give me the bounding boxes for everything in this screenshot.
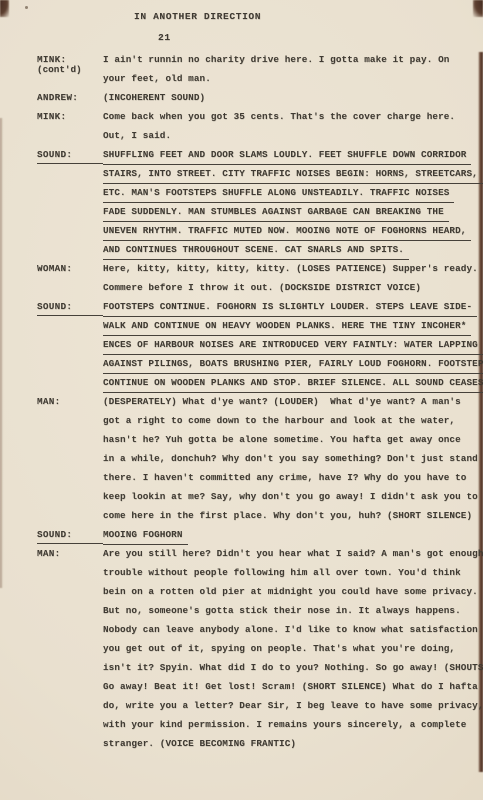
line-text: Nobody can leave anybody alone. I'd like… — [103, 624, 478, 635]
speaker-label-cell: MAN: — [37, 544, 103, 563]
speaker-name: MAN: — [37, 392, 103, 411]
speaker-name: SOUND: — [37, 297, 103, 316]
line-text: I ain't runnin no charity drive here. I … — [103, 54, 449, 65]
dialogue-line: Go away! Beat it! Get lost! Scram! (SHOR… — [103, 677, 483, 696]
line-text: Commere before I throw it out. (DOCKSIDE… — [103, 282, 421, 293]
dialogue-text: Are you still here? Didn't you hear what… — [103, 544, 483, 753]
sound-cue-line: UNEVEN RHYTHM. TRAFFIC MUTED NOW. MOOING… — [103, 221, 483, 240]
sound-cue-line: FOOTSTEPS CONTINUE. FOGHORN IS SLIGHTLY … — [103, 297, 483, 316]
line-text: there. I haven't committed any crime, ha… — [103, 472, 466, 483]
sound-cue-text: MOOING FOGHORN — [103, 525, 479, 544]
sound-cue-block: SOUND:SHUFFLING FEET AND DOOR SLAMS LOUD… — [37, 145, 479, 259]
line-text: (INCOHERENT SOUND) — [103, 92, 205, 103]
sound-cue-text: FOOTSTEPS CONTINUE. FOGHORN IS SLIGHTLY … — [103, 297, 483, 392]
line-text: got a right to come down to the harbour … — [103, 415, 455, 426]
speaker-label-cell: SOUND: — [37, 145, 103, 164]
sound-cue-block: SOUND:FOOTSTEPS CONTINUE. FOGHORN IS SLI… — [37, 297, 479, 392]
dialogue-line: But no, someone's gotta stick their nose… — [103, 601, 483, 620]
line-text: stranger. (VOICE BECOMING FRANTIC) — [103, 738, 296, 749]
line-text: AND CONTINUES THROUGHOUT SCENE. CAT SNAR… — [103, 241, 409, 260]
speaker-label-cell: SOUND: — [37, 297, 103, 316]
dialogue-line: stranger. (VOICE BECOMING FRANTIC) — [103, 734, 483, 753]
line-text: STAIRS, INTO STREET. CITY TRAFFIC NOISES… — [103, 165, 483, 184]
line-text: Come back when you got 35 cents. That's … — [103, 111, 455, 122]
sound-cue-line: AND CONTINUES THROUGHOUT SCENE. CAT SNAR… — [103, 240, 483, 259]
line-text: bein on a rotten old pier at midnight yo… — [103, 586, 478, 597]
dialogue-line: isn't it? Spyin. What did I do to you? N… — [103, 658, 483, 677]
dialogue-line: (DESPERATELY) What d'ye want? (LOUDER) W… — [103, 392, 479, 411]
dialogue-line: keep lookin at me? Say, why don't you go… — [103, 487, 479, 506]
sound-cue-line: ENCES OF HARBOUR NOISES ARE INTRODUCED V… — [103, 335, 483, 354]
line-text: Go away! Beat it! Get lost! Scram! (SHOR… — [103, 681, 478, 692]
line-text: ENCES OF HARBOUR NOISES ARE INTRODUCED V… — [103, 336, 483, 355]
line-text: UNEVEN RHYTHM. TRAFFIC MUTED NOW. MOOING… — [103, 222, 471, 241]
sound-cue-block: SOUND:MOOING FOGHORN — [37, 525, 479, 544]
line-text: But no, someone's gotta stick their nose… — [103, 605, 461, 616]
speaker-name: WOMAN: — [37, 259, 103, 278]
dialogue-line: got a right to come down to the harbour … — [103, 411, 479, 430]
dialogue-line: bein on a rotten old pier at midnight yo… — [103, 582, 483, 601]
sound-cue-line: SHUFFLING FEET AND DOOR SLAMS LOUDLY. FE… — [103, 145, 483, 164]
dialogue-line: your feet, old man. — [103, 69, 479, 88]
line-text: Here, kitty, kitty, kitty, kitty. (LOSES… — [103, 263, 478, 274]
dialogue-text: I ain't runnin no charity drive here. I … — [103, 50, 479, 88]
speaker-name: SOUND: — [37, 525, 103, 544]
line-text: trouble without people following him all… — [103, 567, 461, 578]
line-text: ETC. MAN'S FOOTSTEPS SHUFFLE ALONG UNSTE… — [103, 184, 454, 203]
speaker-label-cell: SOUND: — [37, 525, 103, 544]
page-edge-corner-top-right — [473, 0, 483, 17]
line-text: with your kind permission. I remains you… — [103, 719, 466, 730]
dialogue-block: ANDREW:(INCOHERENT SOUND) — [37, 88, 479, 107]
dialogue-line: (INCOHERENT SOUND) — [103, 88, 479, 107]
speaker-label-cell: ANDREW: — [37, 88, 103, 107]
line-text: Are you still here? Didn't you hear what… — [103, 548, 483, 559]
line-text: come here in the first place. Why don't … — [103, 510, 472, 521]
sound-cue-line: AGAINST PILINGS, BOATS BRUSHING PIER, FA… — [103, 354, 483, 373]
dialogue-line: trouble without people following him all… — [103, 563, 483, 582]
dialogue-block: MINK:Come back when you got 35 cents. Th… — [37, 107, 479, 145]
sound-cue-text: SHUFFLING FEET AND DOOR SLAMS LOUDLY. FE… — [103, 145, 483, 259]
dialogue-block: MAN:Are you still here? Didn't you hear … — [37, 544, 479, 753]
dialogue-line: Here, kitty, kitty, kitty, kitty. (LOSES… — [103, 259, 479, 278]
line-text: isn't it? Spyin. What did I do to you? N… — [103, 662, 483, 673]
line-text: FADE SUDDENLY. MAN STUMBLES AGAINST GARB… — [103, 203, 449, 222]
dialogue-line: hasn't he? Yuh gotta be alone sometime. … — [103, 430, 479, 449]
script-page: IN ANOTHER DIRECTION 21 MINK:(cont'd)I a… — [0, 0, 483, 800]
dialogue-block: MAN:(DESPERATELY) What d'ye want? (LOUDE… — [37, 392, 479, 525]
speaker-label-cell: MINK: — [37, 107, 103, 126]
line-text: WALK AND CONTINUE ON HEAVY WOODEN PLANKS… — [103, 317, 471, 336]
dialogue-line: with your kind permission. I remains you… — [103, 715, 483, 734]
dialogue-line: there. I haven't committed any crime, ha… — [103, 468, 479, 487]
line-text: AGAINST PILINGS, BOATS BRUSHING PIER, FA… — [103, 355, 483, 374]
dialogue-block: MINK:(cont'd)I ain't runnin no charity d… — [37, 50, 479, 88]
line-text: your feet, old man. — [103, 73, 211, 84]
dialogue-line: Commere before I throw it out. (DOCKSIDE… — [103, 278, 479, 297]
line-text: in a while, donchuh? Why don't you say s… — [103, 453, 478, 464]
line-text: SHUFFLING FEET AND DOOR SLAMS LOUDLY. FE… — [103, 146, 471, 165]
dialogue-text: Here, kitty, kitty, kitty, kitty. (LOSES… — [103, 259, 479, 297]
dialogue-text: (DESPERATELY) What d'ye want? (LOUDER) W… — [103, 392, 479, 525]
speaker-label-cell: MINK:(cont'd) — [37, 50, 103, 75]
speaker-name: ANDREW: — [37, 88, 103, 107]
dialogue-line: in a while, donchuh? Why don't you say s… — [103, 449, 479, 468]
sound-cue-line: STAIRS, INTO STREET. CITY TRAFFIC NOISES… — [103, 164, 483, 183]
sound-cue-line: MOOING FOGHORN — [103, 525, 479, 544]
page-edge-shadow-left — [0, 118, 3, 588]
speaker-name: MAN: — [37, 544, 103, 563]
dialogue-line: do, write you a letter? Dear Sir, I beg … — [103, 696, 483, 715]
script-body: MINK:(cont'd)I ain't runnin no charity d… — [37, 50, 479, 753]
sound-cue-line: FADE SUDDENLY. MAN STUMBLES AGAINST GARB… — [103, 202, 483, 221]
dialogue-line: Come back when you got 35 cents. That's … — [103, 107, 479, 126]
line-text: MOOING FOGHORN — [103, 526, 188, 545]
dialogue-text: Come back when you got 35 cents. That's … — [103, 107, 479, 145]
dialogue-line: come here in the first place. Why don't … — [103, 506, 479, 525]
line-text: you get out of it, spying on people. Tha… — [103, 643, 455, 654]
speaker-name: MINK: — [37, 107, 103, 126]
paper-speck — [25, 6, 28, 9]
dialogue-line: I ain't runnin no charity drive here. I … — [103, 50, 479, 69]
speaker-continuation-note: (cont'd) — [37, 65, 103, 75]
dialogue-line: Nobody can leave anybody alone. I'd like… — [103, 620, 483, 639]
dialogue-line: Out, I said. — [103, 126, 479, 145]
sound-cue-line: ETC. MAN'S FOOTSTEPS SHUFFLE ALONG UNSTE… — [103, 183, 483, 202]
line-text: FOOTSTEPS CONTINUE. FOGHORN IS SLIGHTLY … — [103, 298, 477, 317]
line-text: CONTINUE ON WOODEN PLANKS AND STOP. BRIE… — [103, 374, 483, 393]
speaker-label-cell: WOMAN: — [37, 259, 103, 278]
line-text: (DESPERATELY) What d'ye want? (LOUDER) W… — [103, 396, 461, 407]
page-number: 21 — [158, 32, 171, 43]
page-title: IN ANOTHER DIRECTION — [134, 11, 261, 22]
sound-cue-line: WALK AND CONTINUE ON HEAVY WOODEN PLANKS… — [103, 316, 483, 335]
sound-cue-line: CONTINUE ON WOODEN PLANKS AND STOP. BRIE… — [103, 373, 483, 392]
line-text: hasn't he? Yuh gotta be alone sometime. … — [103, 434, 461, 445]
dialogue-line: Are you still here? Didn't you hear what… — [103, 544, 483, 563]
line-text: keep lookin at me? Say, why don't you go… — [103, 491, 478, 502]
speaker-label-cell: MAN: — [37, 392, 103, 411]
page-edge-corner-top-left — [0, 0, 9, 17]
dialogue-text: (INCOHERENT SOUND) — [103, 88, 479, 107]
line-text: do, write you a letter? Dear Sir, I beg … — [103, 700, 483, 711]
line-text: Out, I said. — [103, 130, 171, 141]
dialogue-line: you get out of it, spying on people. Tha… — [103, 639, 483, 658]
speaker-name: SOUND: — [37, 145, 103, 164]
dialogue-block: WOMAN:Here, kitty, kitty, kitty, kitty. … — [37, 259, 479, 297]
